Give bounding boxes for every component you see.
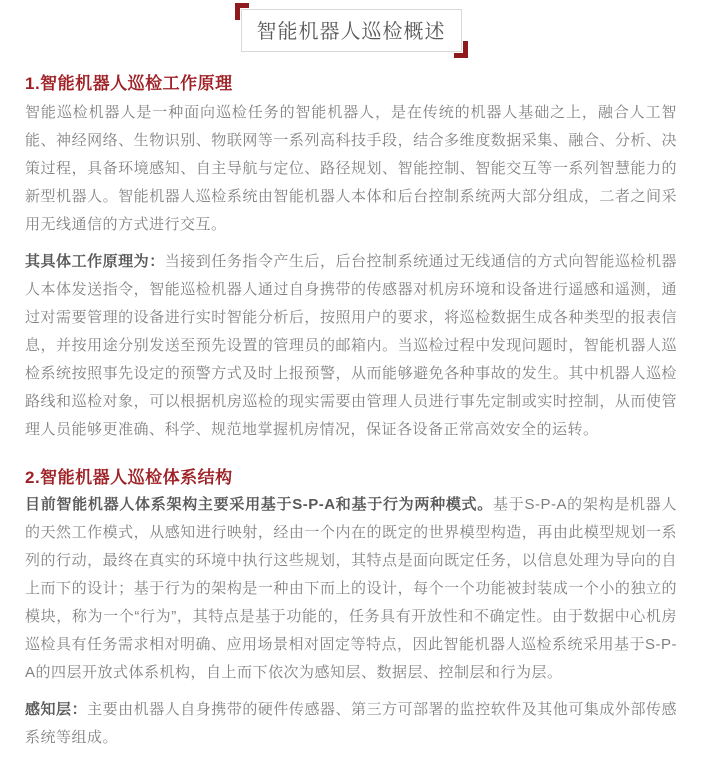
corner-bracket-bottom-right-icon: [454, 41, 468, 58]
section-1-paragraph-2: 其具体工作原理为：当接到任务指令产生后，后台控制系统通过无线通信的方式向智能巡检…: [25, 248, 677, 444]
paragraph-text: 智能巡检机器人是一种面向巡检任务的智能机器人，是在传统的机器人基础之上，融合人工…: [25, 104, 677, 233]
section-2-paragraph-2: 感知层：主要由机器人自身携带的硬件传感器、第三方可部署的监控软件及其他可集成外部…: [25, 696, 677, 752]
document-content: 1.智能机器人巡检工作原理 智能巡检机器人是一种面向巡检任务的智能机器人，是在传…: [25, 69, 677, 752]
page-title: 智能机器人巡检概述: [257, 21, 446, 43]
paragraph-text: 主要由机器人自身携带的硬件传感器、第三方可部署的监控软件及其他可集成外部传感系统…: [25, 701, 677, 746]
paragraph-lead: 目前智能机器人体系架构主要采用基于S-P-A和基于行为两种模式。: [25, 496, 493, 513]
corner-bracket-top-left-icon: [235, 3, 249, 20]
document-page: 智能机器人巡检概述 1.智能机器人巡检工作原理 智能巡检机器人是一种面向巡检任务…: [0, 0, 702, 769]
title-area: 智能机器人巡检概述: [0, 0, 702, 52]
section-2-heading: 2.智能机器人巡检体系结构: [25, 463, 677, 488]
paragraph-lead: 其具体工作原理为：: [25, 253, 165, 270]
paragraph-text: 基于S-P-A的架构是机器人的天然工作模式，从感知进行映射，经由一个内在的既定的…: [25, 496, 677, 681]
paragraph-lead: 感知层：: [25, 701, 87, 718]
paragraph-text: 当接到任务指令产生后，后台控制系统通过无线通信的方式向智能巡检机器人本体发送指令…: [25, 253, 677, 438]
section-1-paragraph-1: 智能巡检机器人是一种面向巡检任务的智能机器人，是在传统的机器人基础之上，融合人工…: [25, 99, 677, 239]
section-1-heading: 1.智能机器人巡检工作原理: [25, 69, 677, 94]
section-2-paragraph-1: 目前智能机器人体系架构主要采用基于S-P-A和基于行为两种模式。基于S-P-A的…: [25, 491, 677, 687]
title-box: 智能机器人巡检概述: [241, 9, 462, 52]
